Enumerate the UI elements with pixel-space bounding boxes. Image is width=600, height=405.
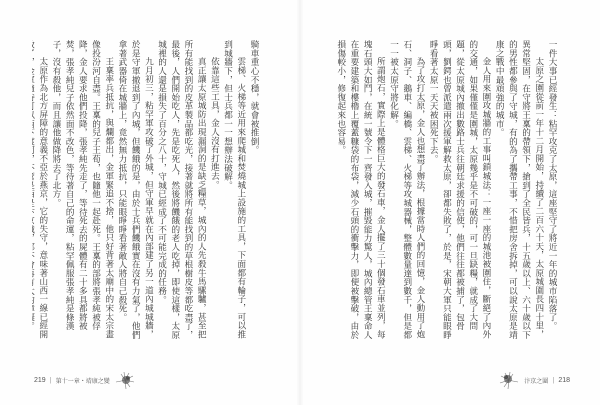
paragraph: 雲梯、火梯等近用來爬城和焚燒城上設施的工具，下面都有輪子，可以推到城牆下，但士兵… (220, 40, 246, 346)
page-number: 219 (34, 377, 46, 384)
paragraph: 為了攻打太原，金人也想盡了辦法，根據當時人們的回憶，金人動用了炮石、洞子、鵝車、… (386, 40, 426, 346)
ink-flower-ornament-icon (498, 370, 520, 390)
paragraph: 王稟率兵抵抗，與爛都出，金軍緊追不捨，他只好背著太廟中的宋太宗畫像投汾河自盡。王… (49, 40, 115, 346)
right-page-text: 一件大事已經發生：粘罕攻克了太原，這座堅守了將近一年的城市陷落了。 太原之圍從前… (336, 40, 558, 346)
ink-flower-ornament-icon (114, 370, 136, 390)
left-page-text: 騎車重心不穩，就會被推倒。 雲梯、火梯等近用來爬城和焚燒城上設施的工具，下面都有… (32, 40, 260, 346)
paragraph: 騎車重心不穩，就會被推倒。 (247, 40, 260, 346)
paragraph: 太原之圍從前一年十二月開始，持續了二百六十天，太原城圍長四十里，異常堅固，在守將… (492, 40, 545, 346)
right-page: 一件大事已經發生：粘罕攻克了太原，這座堅守了將近一年的城市陷落了。 太原之圍從前… (300, 0, 600, 405)
folio-divider: | (50, 377, 52, 384)
right-folio: 汴京之圍 | 218 (498, 370, 570, 390)
paragraph: 金人用來圍攻城牆的工事叫鎖城法：一座一座的城池被圍住，斷絕了內外的交通，如果僅僅… (426, 40, 492, 346)
paragraph: 九月初三，粘罕軍攻破了外城，但守軍早就在內部建了另一道內城城牆，於是守軍撤退到了… (115, 40, 155, 346)
paragraph: 依靠這些工具，金人沒有打進去。 (207, 40, 220, 346)
folio-divider: | (552, 377, 554, 384)
running-head: 第十一章・靖康之變 (56, 376, 110, 385)
paragraph: 一件大事已經發生：粘罕攻克了太原，這座堅守了將近一年的城市陷落了。 (545, 40, 558, 346)
book-spread: 騎車重心不穩，就會被推倒。 雲梯、火梯等近用來爬城和焚燒城上設施的工具，下面都有… (0, 0, 600, 405)
left-page: 騎車重心不穩，就會被推倒。 雲梯、火梯等近用來爬城和焚燒城上設施的工具，下面都有… (0, 0, 300, 405)
page-number: 218 (558, 377, 570, 384)
paragraph: 真正讓太原城防出現漏洞的是缺乏糧草，城內的人先殺牛馬騾驢，甚至把所有能找到的皮革… (154, 40, 207, 346)
running-head: 汴京之圍 (524, 376, 548, 385)
paragraph: 太原作為北方屏障的意義不亞於燕京，它的失守，意味著山西一線已經開放了，金軍隨時可… (32, 40, 49, 346)
paragraph: 所謂炮石，實際上是體格巨大的發石車，金人擺了三十個發石車並列，每塊石頭大如鬥，在… (336, 40, 386, 346)
left-folio: 219 | 第十一章・靖康之變 (34, 370, 136, 390)
